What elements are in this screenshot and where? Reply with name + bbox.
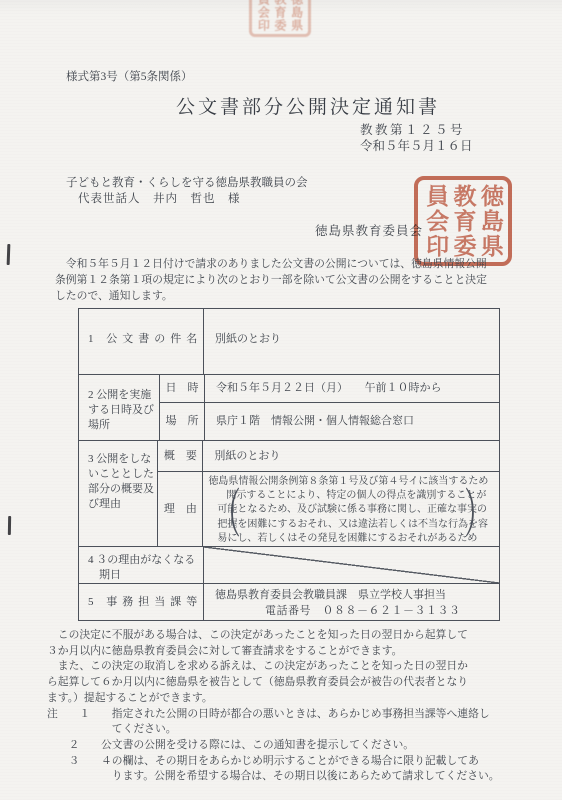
official-red-seal: 徳島県 教育委 員会印 — [414, 176, 512, 266]
table-row-datetime-place: 2 公開を実施 する日時及び 場所 日 時 令和５年５月２２日（月） 午前１０時… — [79, 374, 499, 440]
sub-key: 場 所 — [160, 403, 204, 440]
intro-line: 条例第１２条第１項の規定により次のとおり一部を除いて公文書の公開をすることと決定 — [55, 273, 505, 289]
reason-value: 徳島県情報公開条例第８条第１号及び第４号イに該当するため （ 開示することにより… — [202, 472, 499, 546]
office-phone: 電話番号 ０８８－６２１－３１３３ — [215, 604, 495, 620]
document-title: 公文書部分公開決定通知書 — [176, 92, 440, 119]
table-row-office: 5 事務担当課等 徳島県教育委員会教職員課 県立学校人事担当 電話番号 ０８８－… — [79, 583, 499, 620]
note-line: ２ 公文書の公開を受ける際には、この通知書を提示してください。 — [47, 738, 527, 754]
sub-key: 概 要 — [158, 441, 202, 471]
table-row-nondisclosure: 3 公開をしな いこととした 部分の概要及 び理由 概 要 別紙のとおり 理 由… — [79, 440, 499, 546]
row-label: 3 公開をしな いこととした 部分の概要及 び理由 — [79, 441, 157, 546]
document-meta: 教教第１２５号 令和５年５月１６日 — [360, 122, 473, 154]
note-line: また、この決定の取消しを求める訴えは、この決定があったことを知った日の翌日か — [47, 659, 527, 675]
binding-mark — [7, 244, 11, 265]
addressee-person: 代表世話人 井内 哲也 様 — [78, 190, 241, 206]
subject-value: 別紙のとおり — [203, 309, 499, 374]
seal-glyphs: 教育委 — [451, 184, 474, 259]
sub-row-summary: 概 要 別紙のとおり — [158, 441, 499, 471]
intro-line: 令和５年５月１２日付けで請求のありました公文書の公開については、徳島県情報公開 — [55, 257, 505, 273]
row-sub-grid: 概 要 別紙のとおり 理 由 徳島県情報公開条例第８条第１号及び第４号イに該当す… — [157, 441, 499, 546]
addressee-organization: 子どもと教育・くらしを守る徳島県教職員の会 — [66, 174, 308, 190]
reason-paren-block: （ 開示することにより、特定の個人の得点を識別することが 可能となるため、及び試… — [208, 489, 497, 546]
sub-row-reason: 理 由 徳島県情報公開条例第８条第１号及び第４号イに該当するため （ 開示するこ… — [158, 471, 499, 546]
seal-glyphs: 教育委 — [274, 0, 286, 32]
notes-block: この決定に不服がある場合は、この決定があったことを知った日の翌日から起算して ３… — [47, 628, 527, 785]
row-label: 4 ３の理由がなくなる 期日 — [79, 547, 203, 583]
form-number: 様式第3号（第5条関係） — [66, 68, 193, 84]
note-line: ます。）提起することができます。 — [47, 691, 527, 707]
note-line: この決定に不服がある場合は、この決定があったことを知った日の翌日から起算して — [47, 628, 527, 644]
seal-glyphs: 員会印 — [257, 0, 269, 32]
document-date: 令和５年５月１６日 — [360, 138, 473, 154]
partial-red-seal-top: 徳島県 教育委 員会印 — [249, 0, 311, 37]
office-value: 徳島県教育委員会教職員課 県立学校人事担当 電話番号 ０８８－６２１－３１３３ — [203, 584, 499, 620]
big-open-paren: （ — [214, 485, 242, 545]
seal-glyphs: 徳島県 — [291, 0, 303, 32]
note-line: ３ ４の欄は、その期日をあらかじめ明示することができる場合に限り記載してあ — [47, 754, 527, 770]
row-label: 2 公開を実施 する日時及び 場所 — [79, 375, 159, 440]
office-name: 徳島県教育委員会教職員課 県立学校人事担当 — [215, 588, 495, 604]
issuer-name: 徳島県教育委員会 — [315, 221, 423, 239]
intro-line: したので、通知します。 — [55, 289, 505, 305]
row-label: 1 公文書の件名 — [79, 309, 203, 374]
big-close-paren: ） — [464, 485, 492, 545]
seal-glyphs: 徳島県 — [479, 184, 502, 259]
sub-row-place: 場 所 県庁１階 情報公開・個人情報総合窓口 — [160, 402, 499, 440]
scanned-document-page: 徳島県 教育委 員会印 様式第3号（第5条関係） 公文書部分公開決定通知書 教教… — [0, 0, 562, 800]
row-label: 5 事務担当課等 — [79, 584, 203, 620]
sub-key: 理 由 — [158, 472, 202, 546]
note-line: ります。公開を希望する場合は、その期日以後にあらためて請求してください。 — [47, 769, 527, 785]
note-line: 注 １ 指定された公開の日時が都合の悪いときは、あらかじめ事務担当課等へ連絡し — [47, 707, 527, 723]
note-line: ３か月以内に徳島県教育委員会に対して審査請求をすることができます。 — [47, 644, 527, 660]
summary-value: 別紙のとおり — [202, 441, 499, 471]
decision-table: 1 公文書の件名 別紙のとおり 2 公開を実施 する日時及び 場所 日 時 令和… — [78, 308, 500, 621]
empty-diagonal-cell — [203, 547, 499, 583]
sub-key: 日 時 — [160, 375, 204, 402]
reason-intro: 徳島県情報公開条例第８条第１号及び第４号イに該当するため — [208, 475, 497, 489]
seal-glyphs: 員会印 — [424, 184, 447, 259]
place-value: 県庁１階 情報公開・個人情報総合窓口 — [204, 403, 499, 440]
table-row-expiry: 4 ３の理由がなくなる 期日 — [79, 546, 499, 583]
document-number: 教教第１２５号 — [360, 122, 473, 138]
row-sub-grid: 日 時 令和５年５月２２日（月） 午前１０時から 場 所 県庁１階 情報公開・個… — [159, 375, 499, 440]
intro-paragraph: 令和５年５月１２日付けで請求のありました公文書の公開については、徳島県情報公開 … — [55, 257, 505, 305]
note-line: てください。 — [47, 722, 527, 738]
note-line: ら起算して６か月以内に徳島県を被告として（徳島県教育委員会が被告の代表者となり — [47, 675, 527, 691]
datetime-value: 令和５年５月２２日（月） 午前１０時から — [204, 375, 499, 402]
binding-mark — [8, 516, 11, 535]
sub-row-datetime: 日 時 令和５年５月２２日（月） 午前１０時から — [160, 375, 499, 402]
table-row-subject: 1 公文書の件名 別紙のとおり — [79, 309, 499, 374]
